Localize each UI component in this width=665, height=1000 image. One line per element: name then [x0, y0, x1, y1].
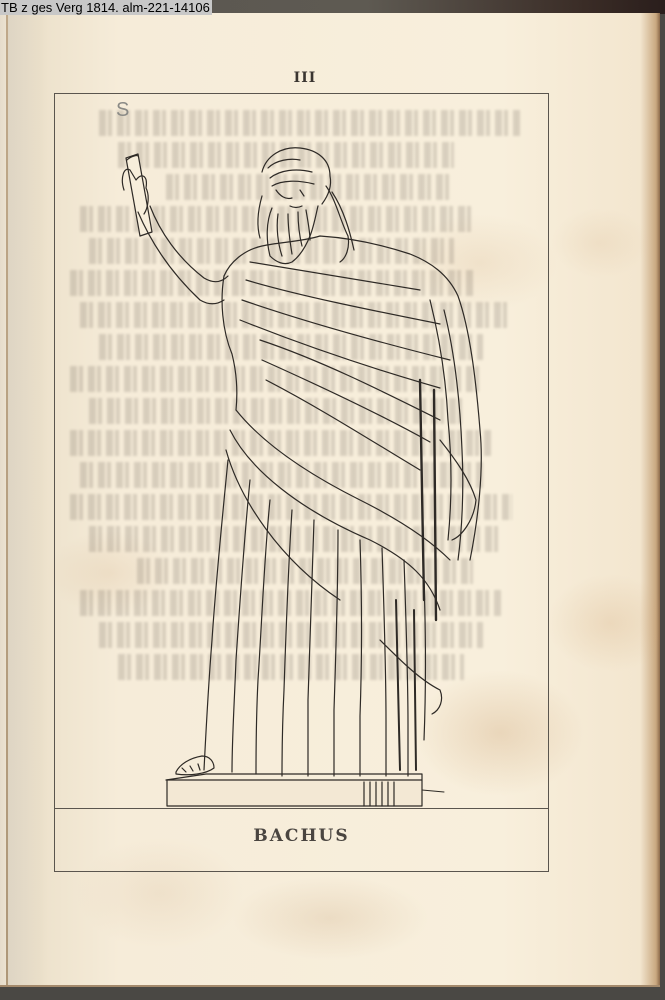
bacchus-statue-engraving [0, 0, 665, 1000]
scan-identifier-label: TB z ges Verg 1814. alm-221-14106 [0, 0, 212, 15]
plate-caption: BACHUS [54, 826, 549, 846]
